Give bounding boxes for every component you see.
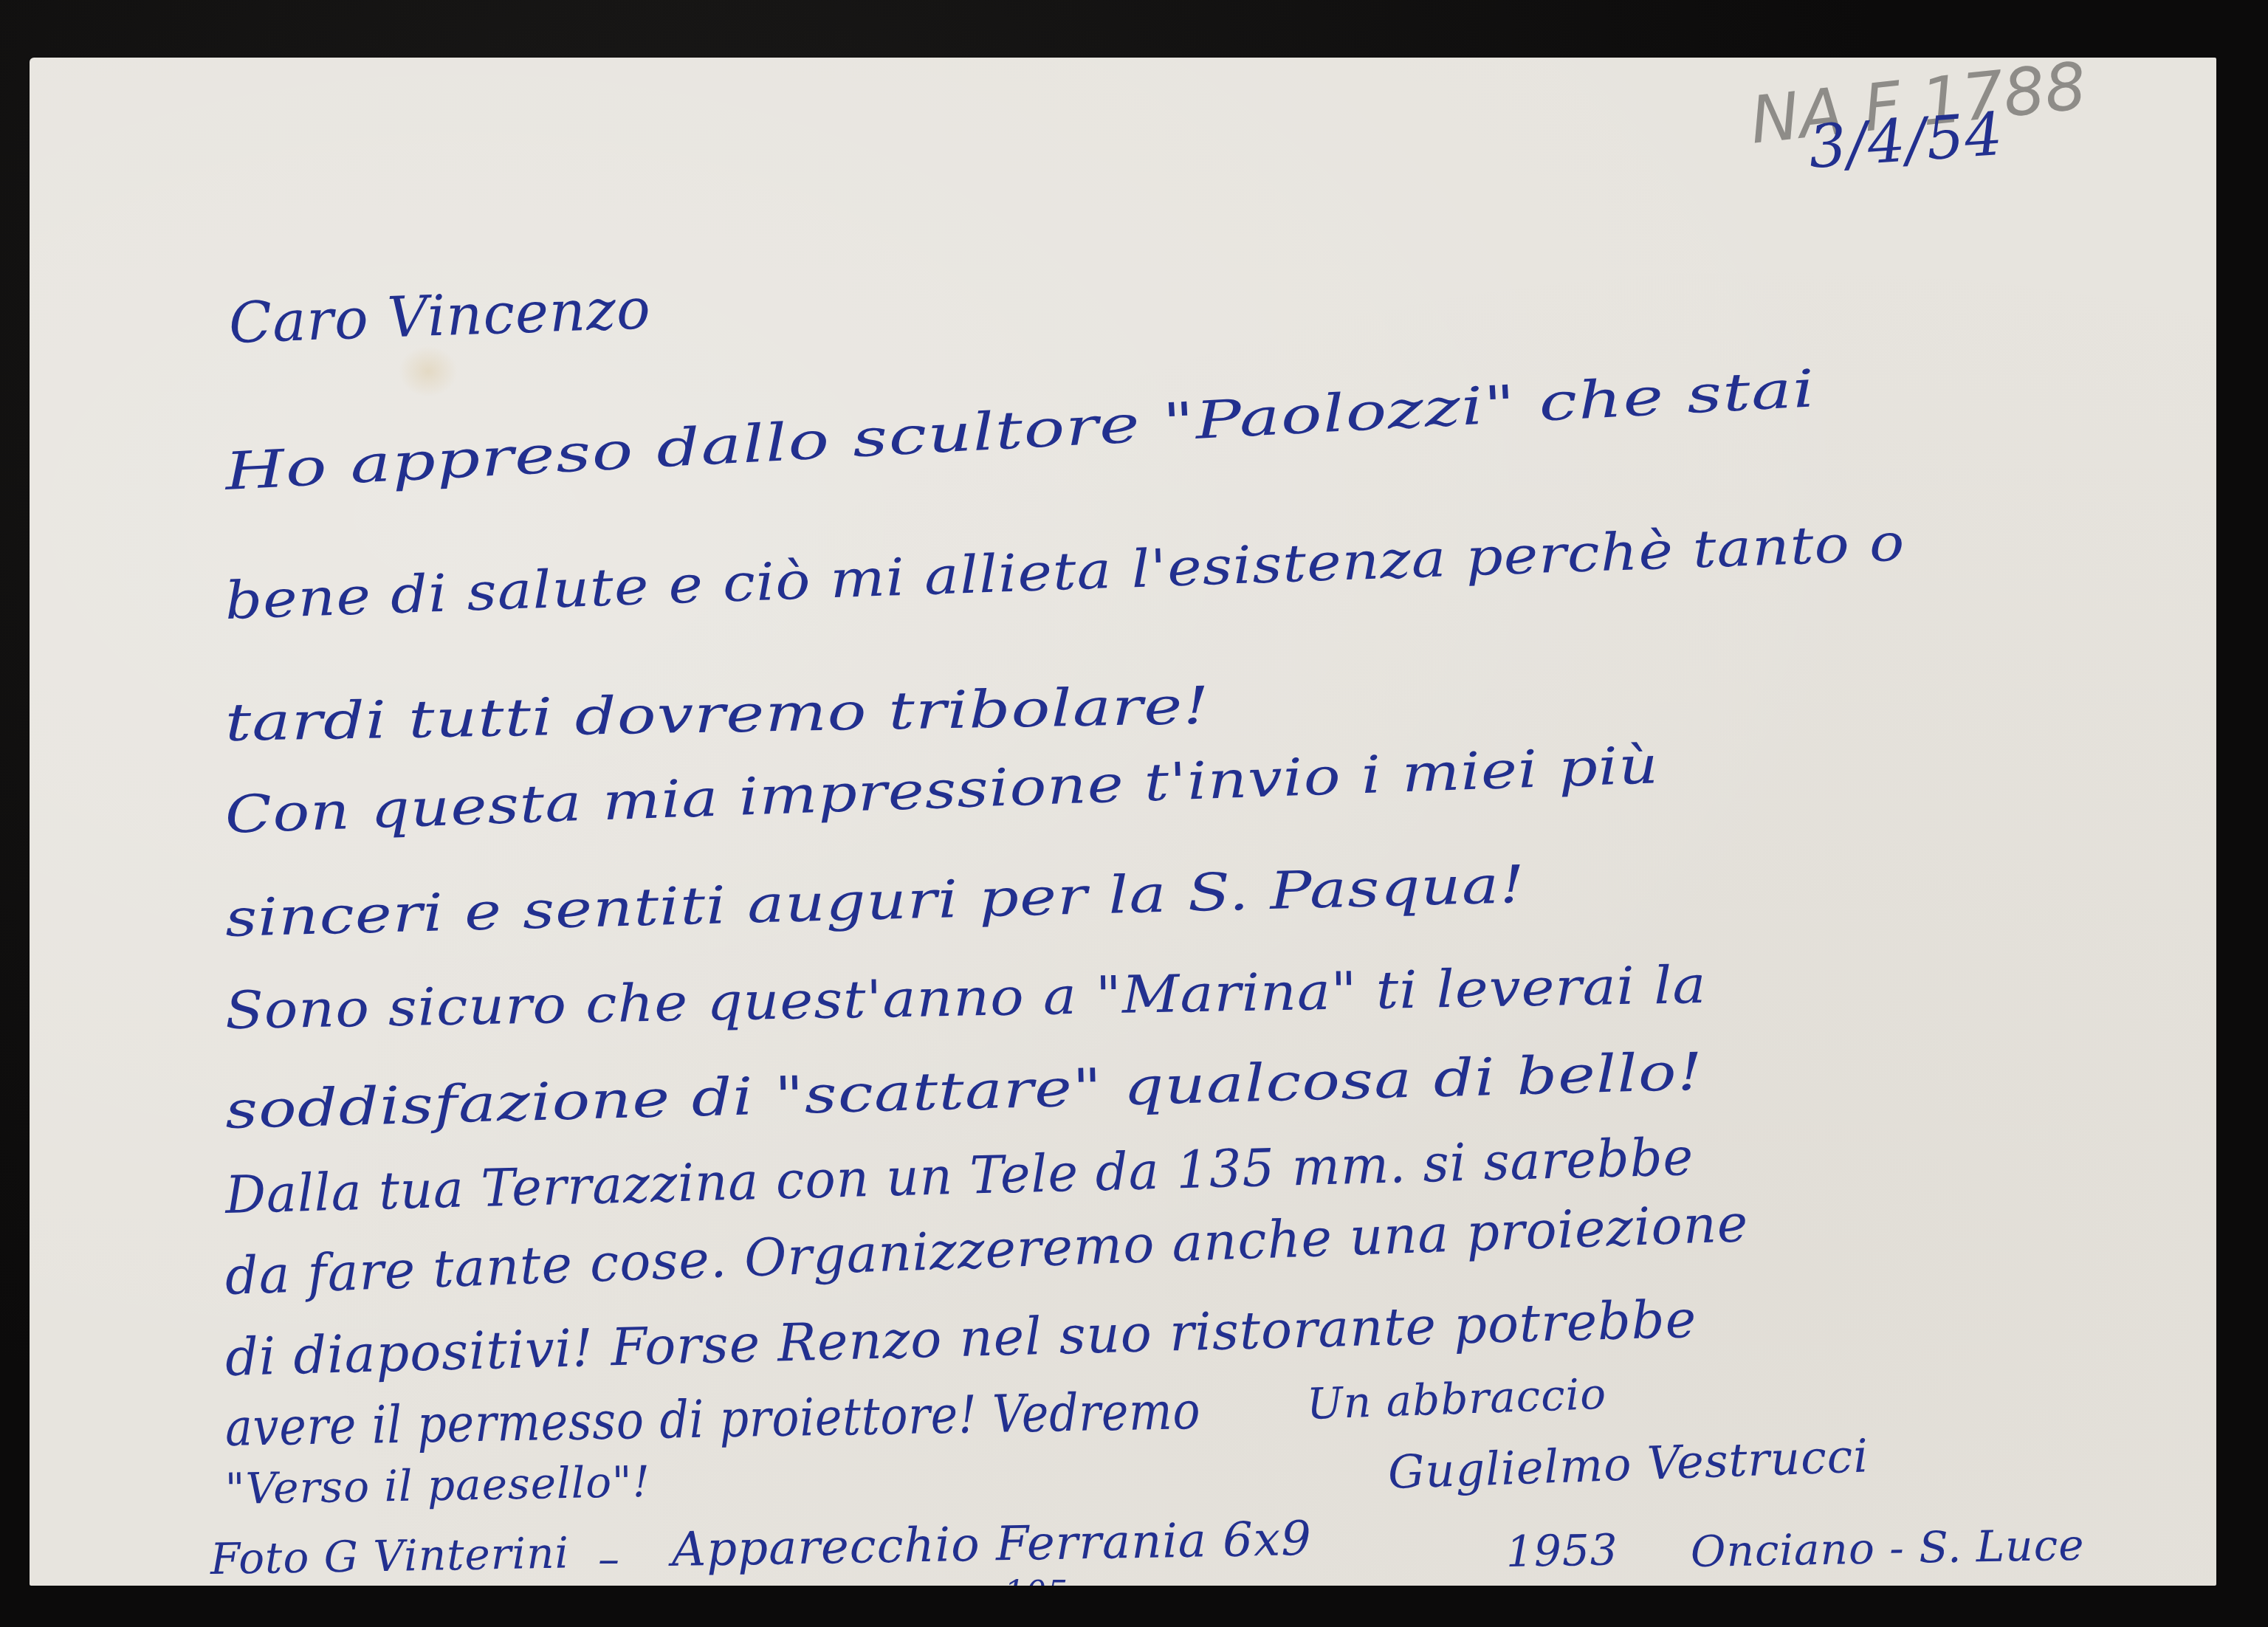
letter-signature: Guglielmo Vestrucci <box>1387 1428 1870 1499</box>
caption-title: "Verso il paesello"! <box>224 1456 650 1514</box>
letter-line: Ho appreso dallo scultore "Paolozzi" che… <box>224 358 1817 502</box>
postcard-back: NA F 1788 3/4/54 Caro Vincenzo Ho appres… <box>30 58 2216 1586</box>
letter-closing: Un abbraccio <box>1306 1369 1607 1429</box>
letter-salutation: Caro Vincenzo <box>227 275 652 356</box>
letter-line: tardi tutti dovremo tribolare! <box>224 675 1210 753</box>
caption-dash: – <box>598 1534 620 1584</box>
letter-line: Con questa mia impressione t'invio i mie… <box>224 735 1660 845</box>
letter-line: bene di salute e ciò mi allieta l'esiste… <box>224 512 1906 631</box>
paper-stain <box>399 345 458 397</box>
caption-location: Onciano - S. Luce <box>1690 1520 2085 1577</box>
letter-line: sinceri e sentiti auguri per la S. Pasqu… <box>224 854 1526 949</box>
caption-lens: 105 mm <box>1004 1575 1142 1586</box>
letter-line: soddisfazione di "scattare" qualcosa di … <box>224 1042 1704 1141</box>
archive-ink-date: 3/4/54 <box>1807 100 2005 182</box>
letter-line: Sono sicuro che quest'anno a "Marina" ti… <box>224 954 1707 1041</box>
caption-camera: Apparecchio Ferrania 6x9 <box>671 1512 1312 1578</box>
letter-line: avere il permesso di proiettore! Vedremo <box>224 1380 1201 1458</box>
caption-year: 1953 <box>1505 1524 1618 1577</box>
caption-credit: Foto G Vinterini <box>210 1528 569 1584</box>
